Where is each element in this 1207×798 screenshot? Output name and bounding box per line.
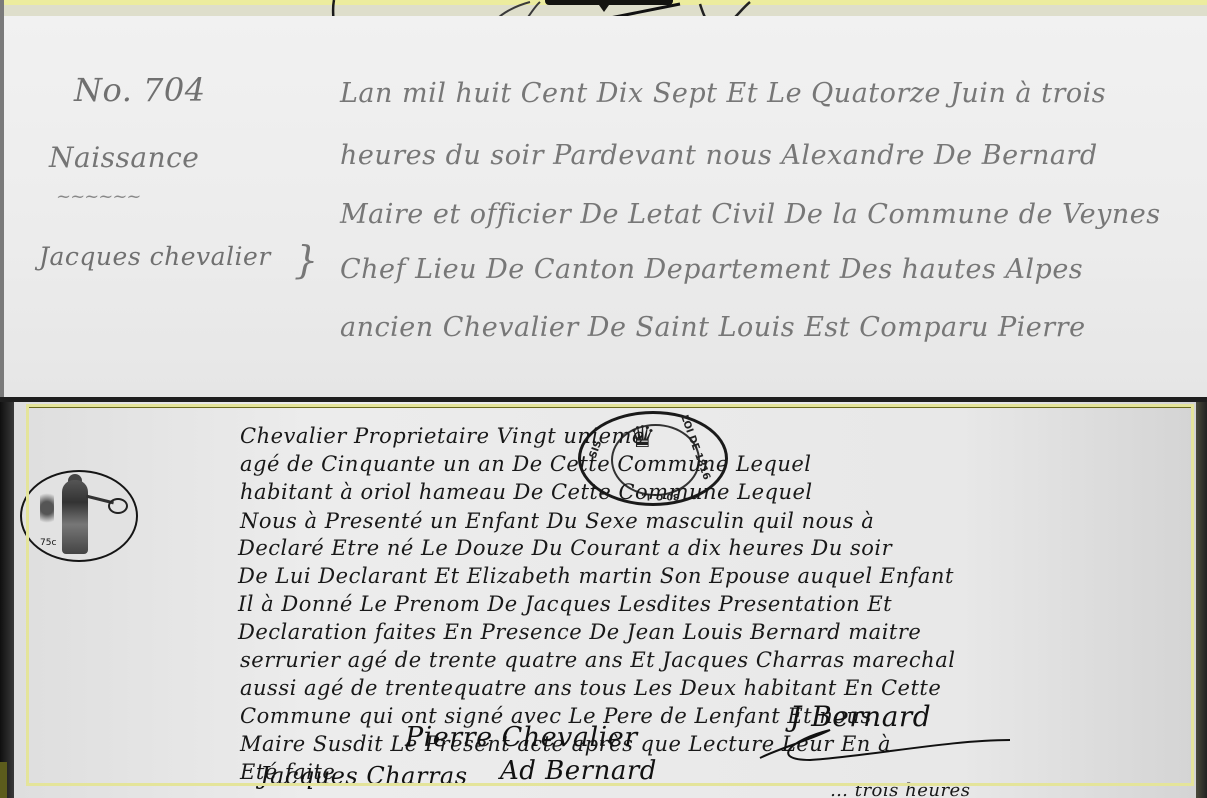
signature-charras: Jacques Charras	[260, 762, 468, 790]
corner-marker	[0, 762, 7, 798]
text-line: heures du soir Pardevant nous Alexandre …	[340, 140, 1098, 171]
text-line: Il à Donné Le Prenom De Jacques Lesdites…	[238, 592, 892, 616]
register-page-upper: No. 704 Naissance ~~~~~~ Jacques chevali…	[4, 16, 1207, 397]
text-line: ancien Chevalier De Saint Louis Est Comp…	[340, 312, 1086, 343]
selection-handle[interactable]	[545, 0, 673, 5]
margin-divider: ~~~~~~	[56, 186, 141, 207]
text-line: Declaré Etre né Le Douze Du Courant a di…	[238, 536, 892, 560]
text-line: serrurier agé de trente quatre ans Et Ja…	[240, 648, 955, 672]
signature-father: Pierre Chevalier	[405, 722, 638, 753]
margin-brace: }	[294, 238, 319, 282]
next-record-fragment: … trois heures	[830, 780, 970, 798]
text-line: Lan mil huit Cent Dix Sept Et Le Quatorz…	[340, 78, 1106, 109]
handle-arrow-icon	[599, 5, 609, 12]
tax-stamp: 75c	[20, 470, 138, 562]
disc-icon	[108, 498, 128, 514]
record-number: No. 704	[74, 71, 206, 109]
text-line: aussi agé de trentequatre ans tous Les D…	[240, 676, 941, 700]
stamp-value: 75c	[40, 538, 56, 548]
text-line: habitant à oriol hameau De Cette Commune…	[240, 480, 813, 504]
signature-mayor: Ad Bernard	[500, 756, 657, 786]
subject-name: Jacques chevalier	[39, 242, 271, 271]
page2-binding-right	[1196, 402, 1207, 798]
plant-icon	[40, 488, 54, 528]
page2-binding-left	[0, 402, 14, 798]
selection-top-edge	[26, 404, 1194, 408]
signature-flourish	[750, 700, 1050, 770]
record-type: Naissance	[49, 141, 199, 174]
text-line: Chef Lieu De Canton Departement Des haut…	[340, 254, 1083, 285]
text-line: Chevalier Proprietaire Vingt unieme	[240, 424, 645, 448]
text-line: Declaration faites En Presence De Jean L…	[238, 620, 921, 644]
text-line: Maire et officier De Letat Civil De la C…	[340, 199, 1161, 230]
text-line: agé de Cinquante un an De Cette Commune …	[240, 452, 812, 476]
text-line: Nous à Presenté un Enfant Du Sexe mascul…	[240, 509, 874, 533]
text-line: De Lui Declarant Et Elizabeth martin Son…	[238, 564, 954, 588]
allegorical-figure-icon	[62, 480, 88, 554]
